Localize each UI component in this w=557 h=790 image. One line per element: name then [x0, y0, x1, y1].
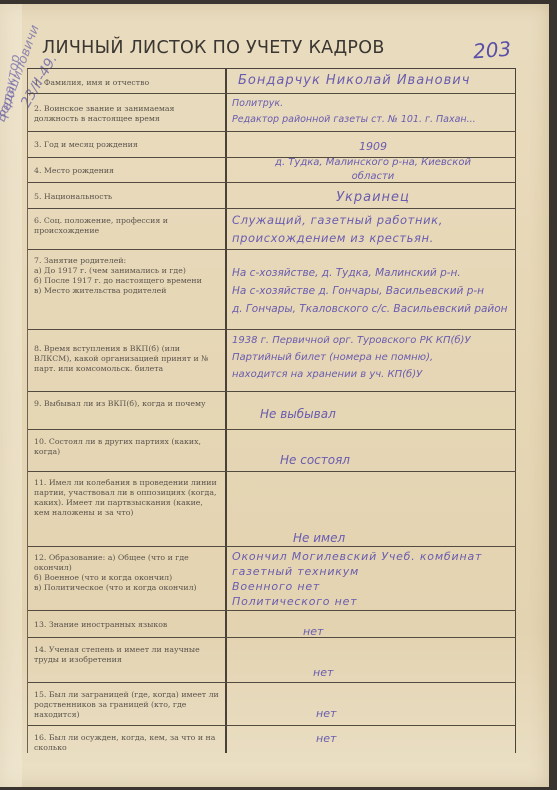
field-answer: Украинец — [232, 189, 514, 207]
table-row: 1. Фамилия, имя и отчество Бондарчук Ник… — [28, 69, 516, 94]
document-page: Редактор Ворошиловичи 23/II-49. ЛИЧНЫЙ Л… — [0, 4, 549, 787]
handwritten-number: 203 — [472, 37, 512, 64]
table-row: 8. Время вступления в ВКП(б) (или ВЛКСМ)… — [28, 330, 516, 392]
field-label: 5. Национальность — [34, 192, 220, 202]
field-label: 10. Состоял ли в других партиях (каких, … — [34, 437, 220, 457]
field-label: 16. Был ли осужден, когда, кем, за что и… — [34, 733, 220, 753]
field-label: 8. Время вступления в ВКП(б) (или ВЛКСМ)… — [34, 344, 220, 374]
table-row: 12. Образование: а) Общее (что и где око… — [28, 547, 516, 611]
field-label: 1. Фамилия, имя и отчество — [34, 78, 220, 88]
field-answer: нет — [313, 664, 514, 682]
table-row: 10. Состоял ли в других партиях (каких, … — [28, 430, 516, 472]
field-answer: Политрук. Редактор районной газеты ст. №… — [232, 96, 514, 128]
field-label: 9. Выбывал ли из ВКП(б), когда и почему — [34, 399, 220, 409]
field-label: 12. Образование: а) Общее (что и где око… — [34, 553, 220, 593]
field-answer: Не выбывал — [260, 406, 514, 424]
table-row: 16. Был ли осужден, когда, кем, за что и… — [28, 726, 516, 753]
table-row: 15. Был ли заграницей (где, когда) имеет… — [28, 683, 516, 726]
table-row: 6. Соц. положение, профессия и происхожд… — [28, 209, 516, 250]
field-answer: 1938 г. Первичной орг. Туровского РК КП(… — [232, 332, 514, 383]
table-row: 5. Национальность Украинец — [28, 183, 516, 209]
form-table: 1. Фамилия, имя и отчество Бондарчук Ник… — [27, 68, 516, 753]
field-answer: нет — [316, 730, 514, 748]
field-label: 13. Знание иностранных языков — [34, 620, 220, 630]
field-answer: Не состоял — [280, 452, 514, 470]
table-row: 11. Имел ли колебания в проведении линии… — [28, 472, 516, 547]
field-answer: На с-хозяйстве, д. Тудка, Малинский р-н.… — [232, 264, 514, 318]
field-label: 4. Место рождения — [34, 166, 220, 176]
field-answer: нет — [316, 705, 514, 723]
field-answer: 1909 — [232, 138, 514, 156]
table-row: 13. Знание иностранных языков нет — [28, 611, 516, 638]
field-label: 2. Воинское звание и занимаемая должност… — [34, 104, 220, 124]
field-answer: Служащий, газетный работник, происхожден… — [232, 211, 514, 247]
field-label: 3. Год и месяц рождения — [34, 140, 220, 150]
field-label: 6. Соц. положение, профессия и происхожд… — [34, 216, 220, 236]
table-row: 2. Воинское звание и занимаемая должност… — [28, 94, 516, 132]
field-label: 11. Имел ли колебания в проведении линии… — [34, 478, 220, 518]
table-row: 4. Место рождения д. Тудка, Малинского р… — [28, 158, 516, 183]
field-label: 7. Занятие родителей: а) До 1917 г. (чем… — [34, 256, 220, 296]
field-answer: Бондарчук Николай Иванович — [238, 72, 514, 90]
field-answer: Окончил Могилевский Учеб. комбинат газет… — [232, 549, 514, 609]
table-row: 14. Ученая степень и имеет ли научные тр… — [28, 638, 516, 683]
table-row: 7. Занятие родителей: а) До 1917 г. (чем… — [28, 250, 516, 330]
table-row: 9. Выбывал ли из ВКП(б), когда и почему … — [28, 392, 516, 430]
form-title: ЛИЧНЫЙ ЛИСТОК ПО УЧЕТУ КАДРОВ — [42, 38, 385, 58]
table-row: 3. Год и месяц рождения 1909 — [28, 132, 516, 158]
field-label: 15. Был ли заграницей (где, когда) имеет… — [34, 690, 220, 720]
field-label: 14. Ученая степень и имеет ли научные тр… — [34, 645, 220, 665]
field-answer: д. Тудка, Малинского р-на, Киевской обла… — [232, 156, 514, 184]
